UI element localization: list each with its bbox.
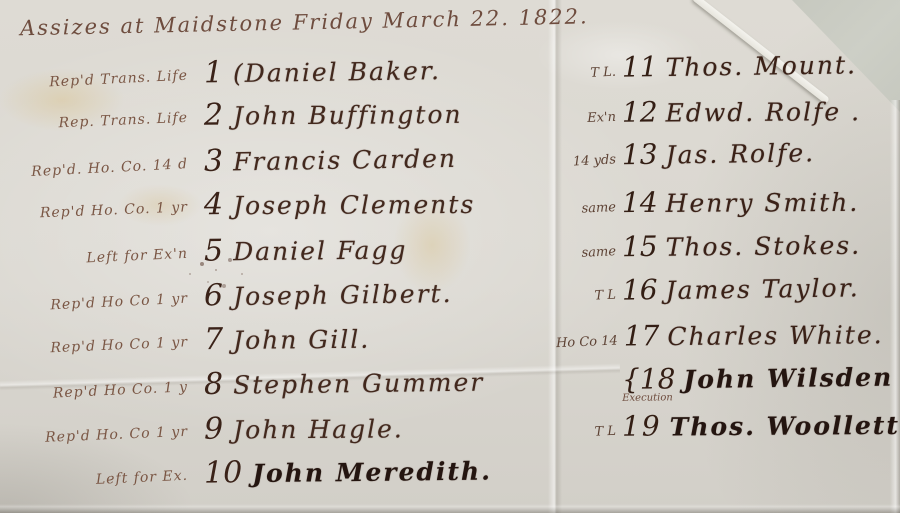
entry-number: 12 (620, 95, 666, 128)
sentence-margin-note: Rep. Trans. Life (0, 109, 204, 134)
entry-number: 7 (204, 322, 233, 357)
mid-annotation (556, 388, 616, 391)
entry-number: 6 (204, 278, 234, 313)
entry-number: 2 (204, 98, 233, 133)
prisoner-name: James Taylor. (665, 273, 860, 305)
entry-number: 1 (204, 55, 234, 90)
entry-number: {18 (622, 362, 676, 396)
entry-number-with-brace: {18Execution (620, 362, 684, 396)
sentence-margin-note: Left for Ex. (0, 467, 204, 492)
prisoner-name: Francis Carden (233, 144, 457, 177)
prisoner-name: Edwd. Rolfe . (666, 97, 862, 127)
list-row: Left for Ex. 10John Meredith. (0, 448, 900, 501)
mid-annotation: T L. (556, 65, 617, 83)
entry-number: 5 (204, 233, 233, 268)
entry-number: 19 (620, 409, 670, 442)
prisoner-name: Henry Smith. (666, 188, 860, 218)
entry-number: 17 (622, 319, 668, 352)
sentence-margin-note: Rep'd Trans. Life (0, 67, 204, 93)
manuscript-photo: Assizes at Maidstone Friday March 22. 18… (0, 0, 900, 513)
entry-number: 11 (620, 50, 666, 84)
execution-sub-note: Execution (622, 392, 673, 404)
prisoner-name: Thos. Woollett (670, 411, 900, 442)
mid-annotation: Ex'n (556, 110, 617, 127)
list-row: Rep'd Ho. Co. 1 yr 4Joseph Clements same… (0, 184, 900, 233)
prisoner-name: Joseph Clements (233, 190, 475, 220)
prisoner-name: Jas. Rolfe. (665, 138, 815, 169)
mid-annotation: Ho Co 14 (556, 333, 618, 351)
sentence-margin-note: Rep'd. Ho. Co. 14 d (0, 155, 204, 181)
entry-number: 8 (204, 367, 234, 402)
prisoner-name: Thos. Mount. (665, 50, 857, 82)
entry-number: 10 (204, 455, 253, 491)
prisoner-name: Stephen Gummer (233, 368, 484, 400)
entry-number: 9 (204, 412, 233, 447)
list-row: Rep'd Ho Co. 1 y 8Stephen Gummer {18Exec… (0, 359, 900, 414)
prisoner-name: Daniel Fagg (233, 235, 408, 266)
prisoner-name: (Daniel Baker. (233, 56, 441, 88)
sentence-margin-note: Rep'd Ho. Co 1 yr (0, 423, 204, 448)
sentence-margin-note: Rep'd Ho Co 1 yr (0, 290, 204, 316)
prisoner-name: John Hagle. (233, 414, 404, 444)
entry-number: 14 (620, 186, 666, 219)
entry-number: 3 (204, 143, 234, 178)
entry-number: 13 (620, 138, 666, 172)
sentence-margin-note: Rep'd Ho Co 1 yr (0, 334, 204, 359)
paper-bottom-edge-shadow (0, 504, 900, 513)
mid-annotation: 14 yds (556, 152, 617, 170)
mid-annotation: same (556, 244, 617, 262)
prisoner-list: Rep'd Trans. Life 1(Daniel Baker. T L. 1… (0, 52, 900, 492)
prisoner-name: Charles White. (667, 320, 883, 351)
prisoner-name: Joseph Gilbert. (233, 279, 453, 311)
mid-annotation: T L (556, 288, 617, 306)
mid-annotation: same (556, 200, 617, 217)
sentence-margin-note: Rep'd Ho. Co. 1 yr (0, 199, 204, 223)
mid-annotation (556, 477, 616, 480)
prisoner-name: John Gill. (233, 325, 370, 355)
prisoner-name: John Wilsden (683, 363, 893, 395)
prisoner-name: John Meredith. (252, 457, 492, 489)
mid-annotation: T L (556, 424, 617, 441)
prisoner-name: John Buffington (233, 100, 463, 131)
entry-number: 4 (204, 187, 233, 222)
entry-number: 16 (620, 273, 666, 307)
sentence-margin-note: Rep'd Ho Co. 1 y (0, 378, 204, 404)
entry-number: 15 (620, 230, 666, 263)
sentence-margin-note: Left for Ex'n (0, 245, 204, 270)
prisoner-name: Thos. Stokes. (665, 231, 861, 262)
